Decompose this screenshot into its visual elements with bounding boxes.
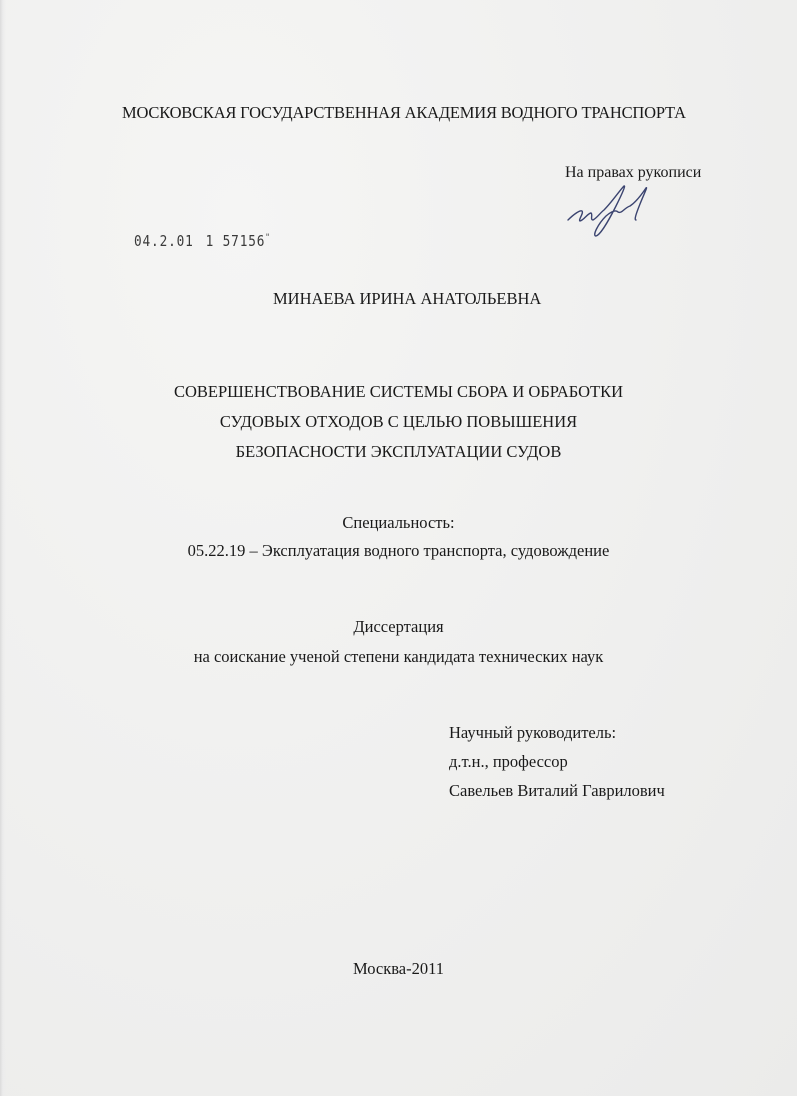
stamp-number: 1 57156 (206, 232, 266, 250)
city-year: Москва-2011 (0, 959, 797, 979)
signature-icon (560, 180, 670, 240)
specialty-label: Специальность: (0, 513, 797, 533)
institution-name: МОСКОВСКАЯ ГОСУДАРСТВЕННАЯ АКАДЕМИЯ ВОДН… (122, 103, 686, 123)
stamp-mark: " (265, 233, 270, 243)
specialty-value: 05.22.19 – Эксплуатация водного транспор… (0, 541, 797, 561)
registration-stamp: 04.2.011 57156" (134, 228, 271, 251)
dissertation-label: Диссертация (0, 617, 797, 637)
dissertation-degree: на соискание ученой степени кандидата те… (0, 647, 797, 667)
thesis-title-line-3: БЕЗОПАСНОСТИ ЭКСПЛУАТАЦИИ СУДОВ (0, 442, 797, 462)
author-name: МИНАЕВА ИРИНА АНАТОЛЬЕВНА (273, 289, 541, 309)
supervisor-name: Савельев Виталий Гаврилович (449, 781, 665, 801)
stamp-code: 04.2.01 (134, 232, 194, 250)
thesis-title-line-1: СОВЕРШЕНСТВОВАНИЕ СИСТЕМЫ СБОРА И ОБРАБО… (0, 382, 797, 402)
thesis-title-line-2: СУДОВЫХ ОТХОДОВ С ЦЕЛЬЮ ПОВЫШЕНИЯ (0, 412, 797, 432)
supervisor-label: Научный руководитель: (449, 723, 616, 743)
supervisor-degree: д.т.н., профессор (449, 752, 568, 772)
document-page: МОСКОВСКАЯ ГОСУДАРСТВЕННАЯ АКАДЕМИЯ ВОДН… (0, 0, 797, 1096)
